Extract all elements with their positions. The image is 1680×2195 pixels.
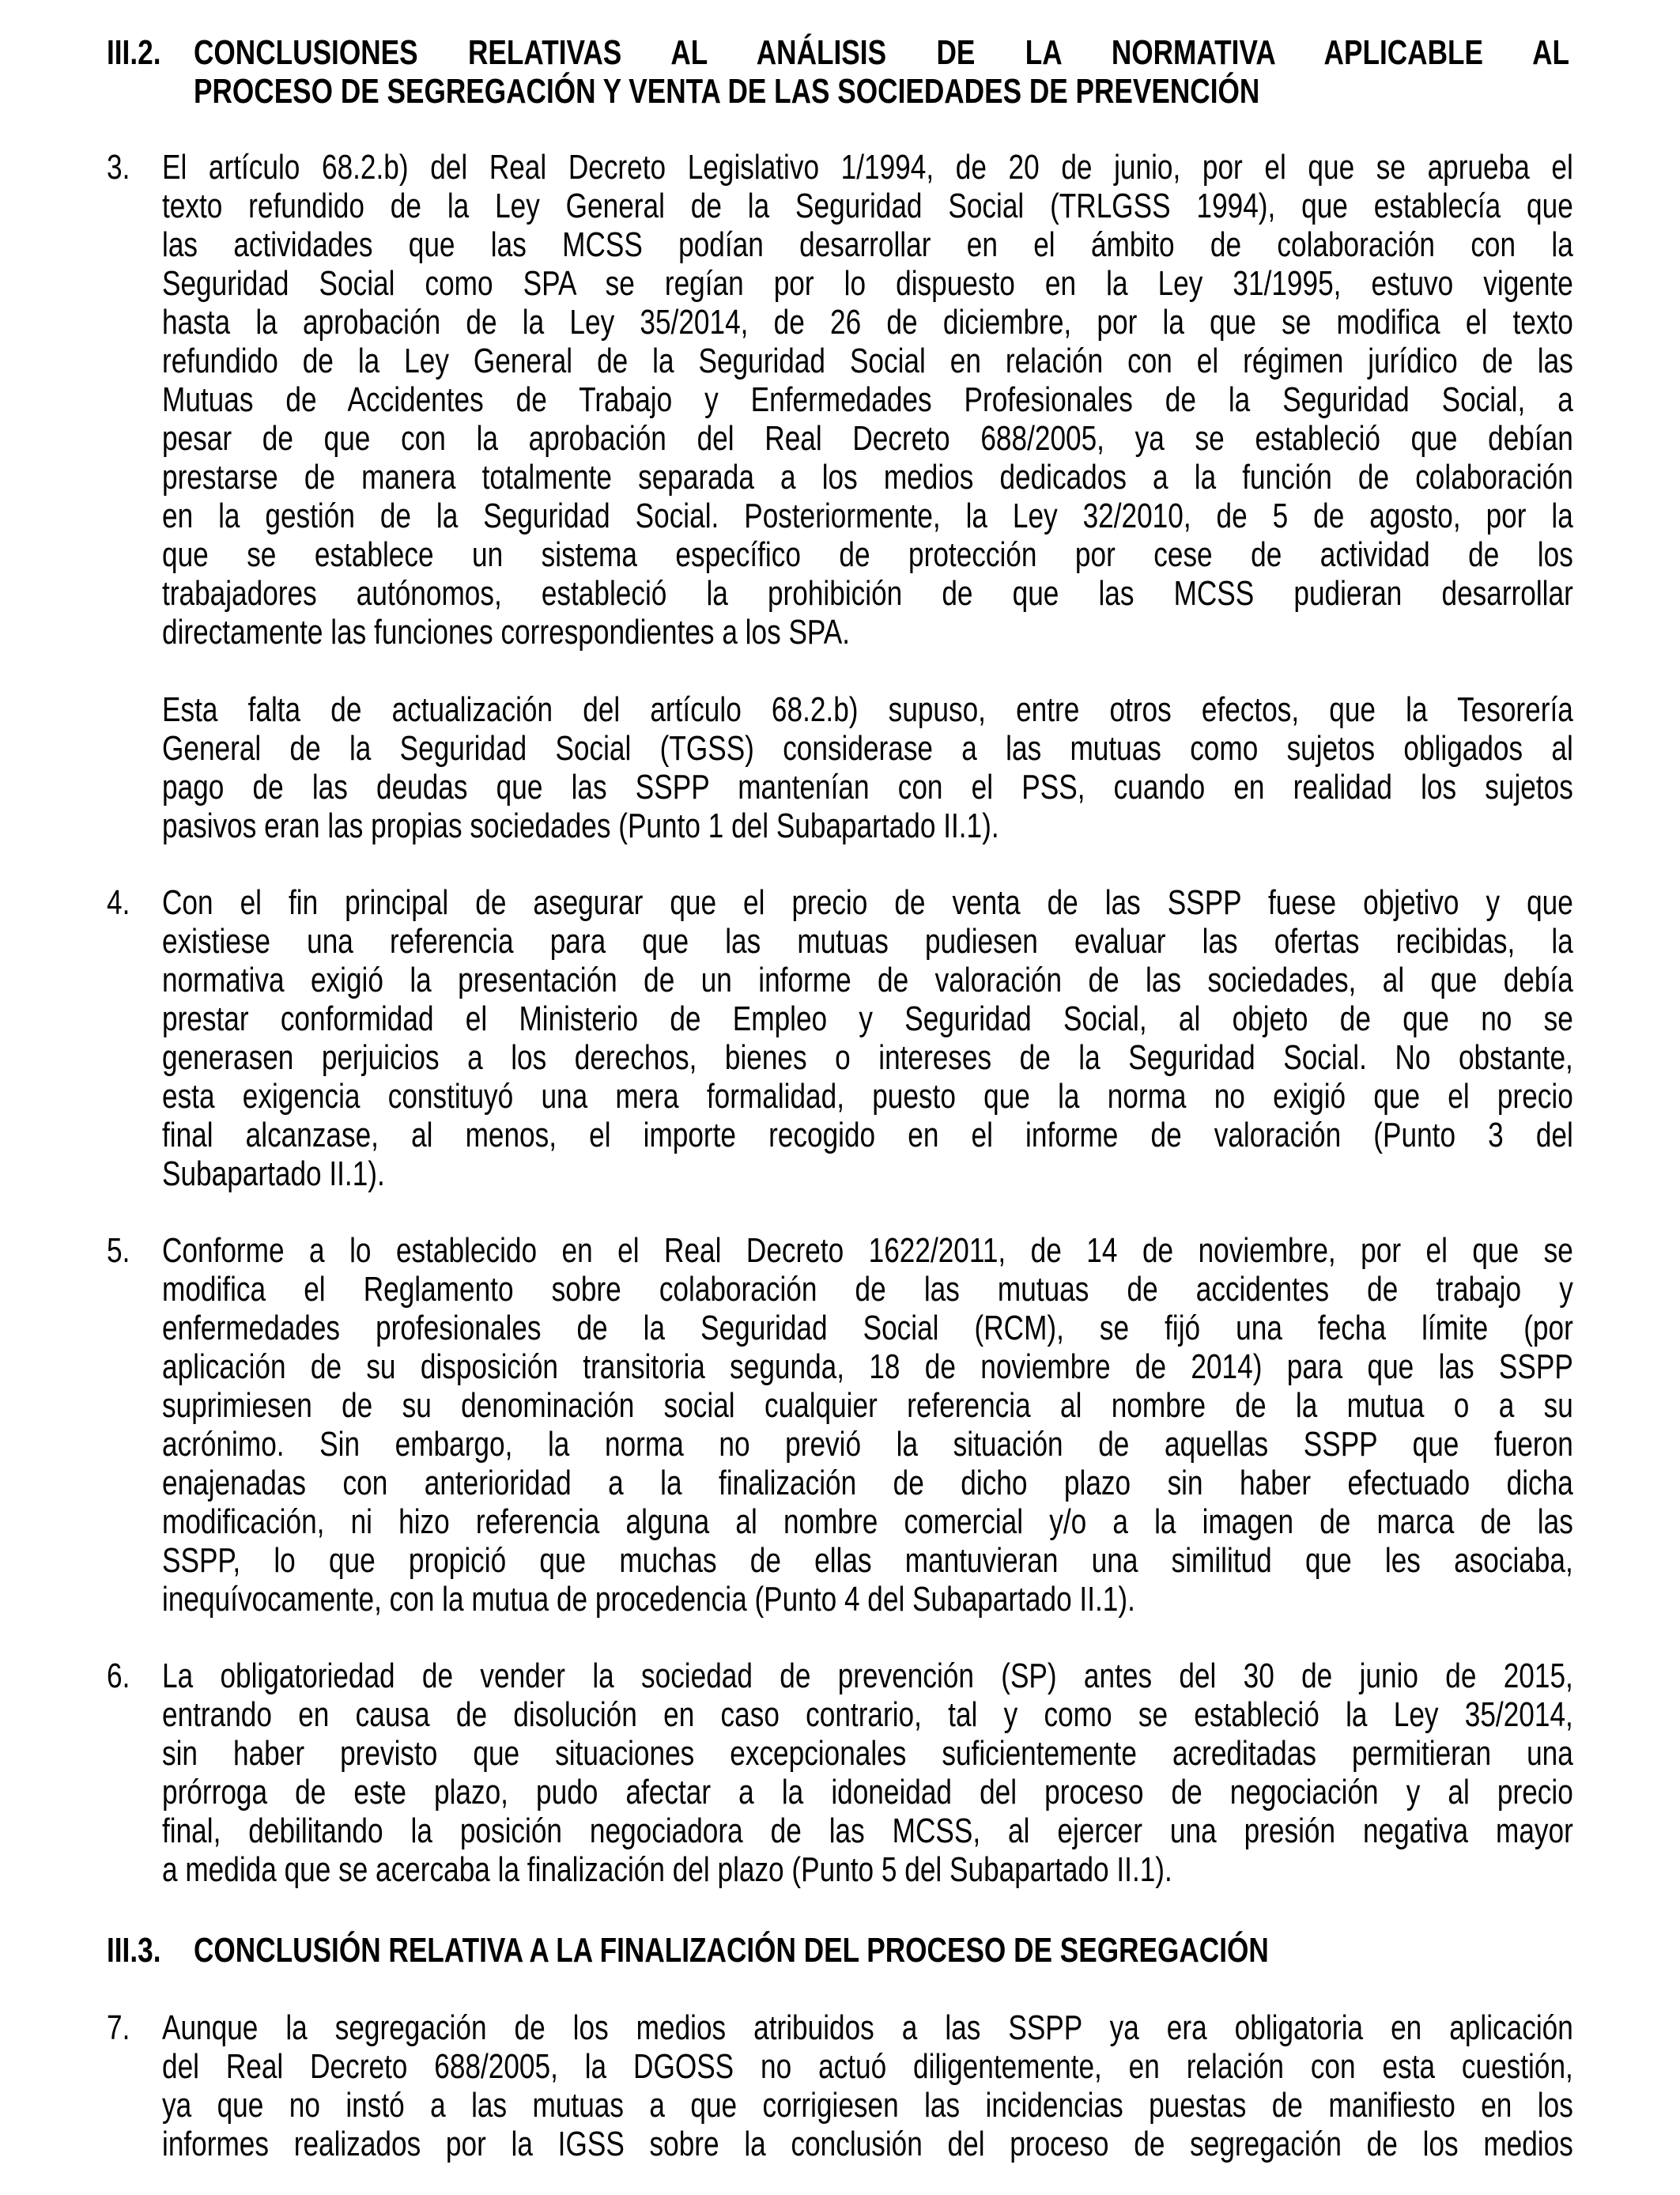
paragraph-number: 4.	[107, 883, 130, 922]
paragraph-line: Aunque la segregación de los medios atri…	[162, 2008, 1573, 2047]
paragraph-line: modificación, ni hizo referencia alguna …	[162, 1502, 1573, 1541]
section-title-line: PROCESO DE SEGREGACIÓN Y VENTA DE LAS SO…	[194, 72, 1259, 111]
paragraph-line: hasta la aprobación de la Ley 35/2014, d…	[162, 303, 1573, 342]
paragraph-number: 6.	[107, 1657, 130, 1695]
paragraph-line: del Real Decreto 688/2005, la DGOSS no a…	[162, 2047, 1573, 2086]
paragraph-line: sin haber previsto que situaciones excep…	[162, 1734, 1573, 1773]
paragraph-line: Con el fin principal de asegurar que el …	[162, 883, 1573, 922]
paragraph-line: refundido de la Ley General de la Seguri…	[162, 342, 1573, 380]
paragraph-line: entrando en causa de disolución en caso …	[162, 1695, 1573, 1734]
paragraph-line: informes realizados por la IGSS sobre la…	[162, 2125, 1573, 2163]
paragraph-line: pago de las deudas que las SSPP mantenía…	[162, 768, 1573, 807]
paragraph-line: esta exigencia constituyó una mera forma…	[162, 1077, 1573, 1116]
paragraph-number: 7.	[107, 2008, 130, 2047]
paragraph-line: inequívocamente, con la mutua de procede…	[162, 1580, 1135, 1619]
paragraph-line: Conforme a lo establecido en el Real Dec…	[162, 1231, 1573, 1270]
paragraph-line: aplicación de su disposición transitoria…	[162, 1347, 1573, 1386]
paragraph-line: trabajadores autónomos, estableció la pr…	[162, 574, 1573, 613]
document-page: III.2. CONCLUSIONES RELATIVAS AL ANÁLISI…	[0, 0, 1680, 2195]
section-title: CONCLUSIÓN RELATIVA A LA FINALIZACIÓN DE…	[194, 1931, 1269, 1970]
paragraph-line: suprimiesen de su denominación social cu…	[162, 1386, 1573, 1425]
paragraph-line: normativa exigió la presentación de un i…	[162, 961, 1573, 999]
paragraph-line: las actividades que las MCSS podían desa…	[162, 225, 1573, 264]
section-number: III.3.	[107, 1931, 160, 1970]
section-title-line: CONCLUSIONES RELATIVAS AL ANÁLISIS DE LA…	[194, 33, 1569, 72]
paragraph-line: Subapartado II.1).	[162, 1154, 385, 1193]
paragraph-line: pesar de que con la aprobación del Real …	[162, 419, 1573, 458]
paragraph-line: final, debilitando la posición negociado…	[162, 1812, 1573, 1850]
paragraph-line: enfermedades profesionales de la Segurid…	[162, 1309, 1573, 1347]
paragraph-line: acrónimo. Sin embargo, la norma no previ…	[162, 1425, 1573, 1464]
paragraph-line: texto refundido de la Ley General de la …	[162, 187, 1573, 225]
paragraph-line: prórroga de este plazo, pudo afectar a l…	[162, 1773, 1573, 1812]
paragraph-line: General de la Seguridad Social (TGSS) co…	[162, 729, 1573, 768]
paragraph-line: en la gestión de la Seguridad Social. Po…	[162, 497, 1573, 535]
paragraph-line: El artículo 68.2.b) del Real Decreto Leg…	[162, 148, 1573, 187]
paragraph-line: La obligatoriedad de vender la sociedad …	[162, 1657, 1573, 1695]
paragraph-line: pasivos eran las propias sociedades (Pun…	[162, 807, 999, 845]
paragraph-line: Esta falta de actualización del artículo…	[162, 690, 1573, 729]
paragraph-line: modifica el Reglamento sobre colaboració…	[162, 1270, 1573, 1309]
paragraph-line: ya que no instó a las mutuas a que corri…	[162, 2086, 1573, 2125]
paragraph-number: 3.	[107, 148, 130, 187]
paragraph-line: SSPP, lo que propició que muchas de ella…	[162, 1541, 1573, 1580]
paragraph-line: prestarse de manera totalmente separada …	[162, 458, 1573, 497]
paragraph-line: existiese una referencia para que las mu…	[162, 922, 1573, 961]
paragraph-line: prestar conformidad el Ministerio de Emp…	[162, 999, 1573, 1038]
paragraph-number: 5.	[107, 1231, 130, 1270]
paragraph-line: final alcanzase, al menos, el importe re…	[162, 1116, 1573, 1154]
paragraph-line: que se establece un sistema específico d…	[162, 535, 1573, 574]
paragraph-line: enajenadas con anterioridad a la finaliz…	[162, 1464, 1573, 1502]
paragraph-line: Seguridad Social como SPA se regían por …	[162, 264, 1573, 303]
section-number: III.2.	[107, 33, 160, 72]
paragraph-line: Mutuas de Accidentes de Trabajo y Enferm…	[162, 380, 1573, 419]
paragraph-line: a medida que se acercaba la finalización…	[162, 1850, 1172, 1889]
paragraph-line: directamente las funciones correspondien…	[162, 613, 850, 652]
paragraph-line: generasen perjuicios a los derechos, bie…	[162, 1038, 1573, 1077]
